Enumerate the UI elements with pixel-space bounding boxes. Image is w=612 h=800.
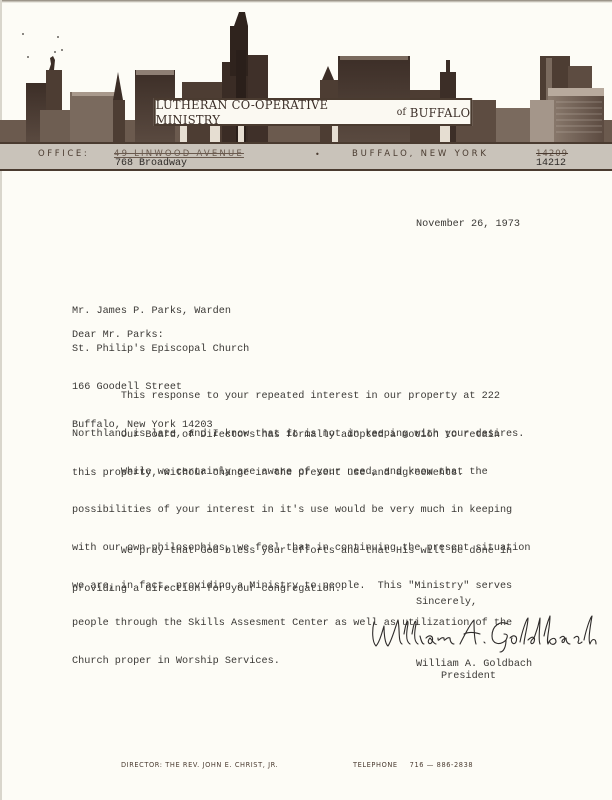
city-state: BUFFALO, NEW YORK bbox=[352, 149, 489, 159]
paragraph-line: While we certainly are aware of your nee… bbox=[72, 467, 531, 480]
typed-new-street-address: 768 Broadway bbox=[115, 158, 187, 169]
paragraph-line: Our Board of Directors has formally adop… bbox=[72, 430, 500, 443]
paragraph-line: This response to your repeated interest … bbox=[72, 391, 524, 404]
footer-director: DIRECTOR: THE REV. JOHN E. CHRIST, JR. bbox=[121, 761, 278, 769]
letter-date: November 26, 1973 bbox=[416, 219, 520, 232]
telephone-number: 716 — 886-2838 bbox=[410, 761, 474, 769]
salutation: Dear Mr. Parks: bbox=[72, 330, 164, 343]
letterhead: LUTHERAN CO-OPERATIVE MINISTRY of BUFFAL… bbox=[0, 0, 612, 170]
organization-name: LUTHERAN CO-OPERATIVE MINISTRY bbox=[156, 97, 393, 127]
separator-dot: • bbox=[315, 150, 320, 159]
signer-name: William A. Goldbach bbox=[416, 659, 532, 672]
paragraph-line: possibilities of your interest in it's u… bbox=[72, 505, 531, 518]
handwritten-signature: William A. Goldbach bbox=[368, 612, 598, 654]
closing: Sincerely, bbox=[416, 597, 477, 610]
signer-title: President bbox=[441, 671, 496, 684]
telephone-label: TELEPHONE bbox=[353, 761, 398, 769]
office-address-bar: OFFICE: 49 LINWOOD AVENUE • BUFFALO, NEW… bbox=[0, 142, 612, 171]
paragraph-line: We pray that God bless your efforts and … bbox=[72, 546, 512, 559]
body-paragraph-4: We pray that God bless your efforts and … bbox=[72, 521, 512, 609]
office-label: OFFICE: bbox=[38, 149, 89, 159]
organization-banner: LUTHERAN CO-OPERATIVE MINISTRY of BUFFAL… bbox=[154, 98, 472, 126]
typed-new-zip: 14212 bbox=[536, 158, 566, 169]
paragraph-line: providing a direction for your congregat… bbox=[72, 584, 512, 597]
organization-of: of bbox=[397, 107, 407, 118]
footer-telephone: TELEPHONE716 — 886-2838 bbox=[353, 761, 473, 769]
recipient-line: St. Philip's Episcopal Church bbox=[72, 344, 249, 357]
recipient-line: Mr. James P. Parks, Warden bbox=[72, 306, 249, 319]
organization-city: BUFFALO bbox=[410, 105, 470, 120]
